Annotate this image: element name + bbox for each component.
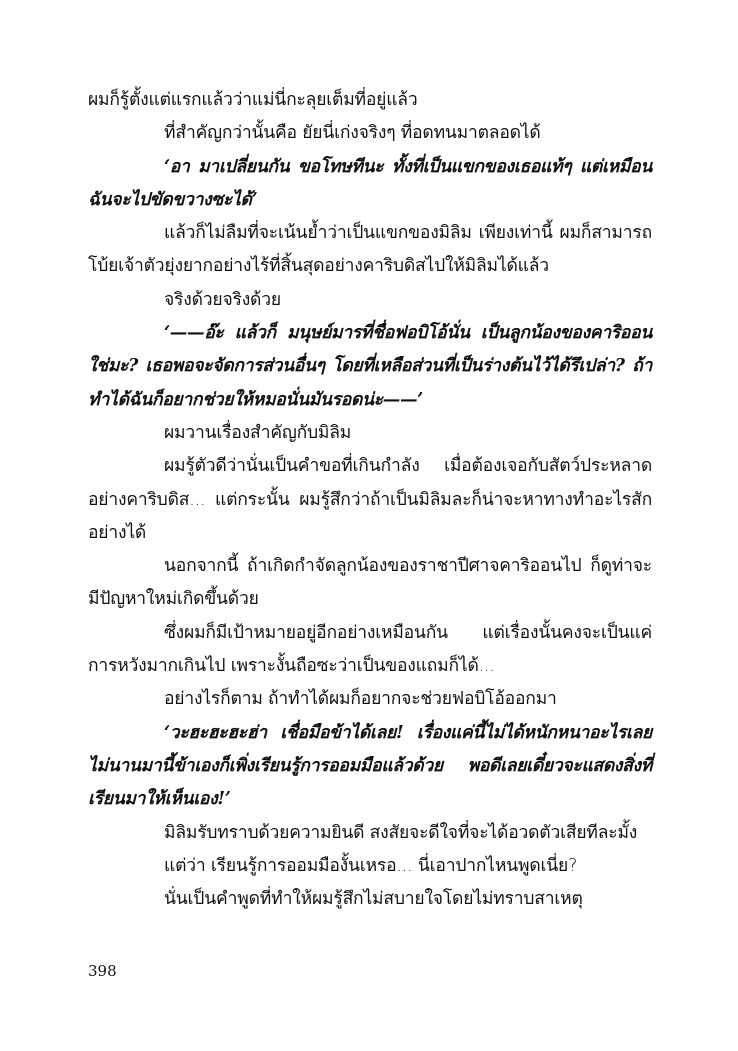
page-body: ผมก็รู้ตั้งแต่แรกแล้วว่าแม่นี่กะลุยเต็มท… [88,84,652,916]
paragraph-narration: มิลิมรับทราบด้วยความยินดี สงสัยจะดีใจที่… [88,817,652,850]
paragraph-dialog: ‘อา มาเปลี่ยนกัน ขอโทษทีนะ ทั้งที่เป็นแข… [88,151,652,218]
paragraph-dialog: ‘วะฮะฮะฮะฮ่า เชื่อมือข้าได้เลย! เรื่องแค… [88,717,652,817]
paragraph-narration: ผมวานเรื่องสำคัญกับมิลิม [88,417,652,450]
page-number: 398 [88,962,117,980]
paragraph-narration: ผมรู้ตัวดีว่านั่นเป็นคำขอที่เกินกำลัง เม… [88,450,652,550]
paragraph-narration: แล้วก็ไม่ลืมที่จะเน้นย้ำว่าเป็นแขกของมิล… [88,217,652,284]
paragraph-narration: ที่สำคัญกว่านั้นคือ ยัยนี่เก่งจริงๆ ที่อ… [88,117,652,150]
paragraph-narration: นั่นเป็นคำพูดที่ทำให้ผมรู้สึกไม่สบายใจโด… [88,883,652,916]
paragraph-narration: ผมก็รู้ตั้งแต่แรกแล้วว่าแม่นี่กะลุยเต็มท… [88,84,652,117]
paragraph-narration: แต่ว่า เรียนรู้การออมมืองั้นเหรอ... นี่เ… [88,850,652,883]
paragraph-narration: อย่างไรก็ตาม ถ้าทำได้ผมก็อยากจะช่วยฟอบิโ… [88,683,652,716]
paragraph-dialog: ‘——อ๊ะ แล้วก็ มนุษย์มารที่ชื่อฟอบิโอ้นั่… [88,317,652,417]
paragraph-narration: ซึ่งผมก็มีเป้าหมายอยู่อีกอย่างเหมือนกัน … [88,617,652,684]
paragraph-narration: นอกจากนี้ ถ้าเกิดกำจัดลูกน้องของราชาปีศา… [88,550,652,617]
paragraph-narration: จริงด้วยจริงด้วย [88,284,652,317]
